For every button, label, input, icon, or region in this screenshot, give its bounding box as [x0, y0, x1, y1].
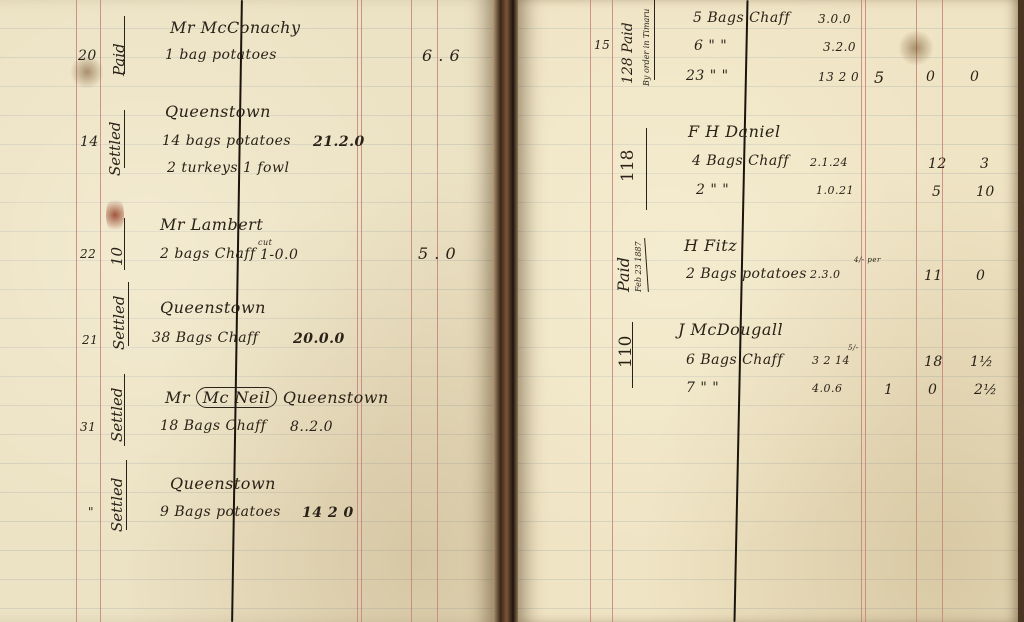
red-column-rule	[437, 0, 438, 622]
customer-name: Queenstown	[160, 298, 266, 317]
line-amount: 5 . 0	[418, 244, 456, 263]
line-amount: 6 . 6	[422, 46, 460, 65]
entry-day: 14	[80, 134, 99, 150]
amount-shillings: 18	[924, 354, 943, 370]
line-weight: 3.0.0	[818, 12, 851, 26]
line-item: 23 " "	[686, 68, 729, 84]
line-weight: 4.0.6	[812, 382, 843, 395]
entry-status: 118	[618, 150, 638, 182]
red-column-rule	[357, 0, 362, 622]
line-item: 5 Bags Chaff	[693, 10, 790, 26]
customer-name: Queenstown	[165, 102, 271, 121]
customer-name: H Fitz	[684, 236, 737, 255]
status-underline	[128, 282, 129, 346]
customer-name: F H Daniel	[688, 122, 781, 141]
line-item: 2 turkeys 1 fowl	[167, 160, 289, 176]
stain	[898, 30, 934, 66]
entry-status: Settled	[110, 296, 128, 351]
customer-name: Mr McConachy	[170, 18, 300, 37]
red-column-rule	[411, 0, 412, 622]
line-item: 6 " "	[694, 38, 727, 54]
red-margin-rule	[76, 0, 77, 622]
entry-status: 110	[616, 336, 636, 368]
amount-shillings: 12	[928, 156, 947, 172]
line-weight: 3 2 14	[812, 354, 850, 367]
book-cover-edge	[1018, 0, 1024, 622]
status-underline	[124, 16, 125, 74]
amount-shillings: 11	[924, 268, 943, 284]
line-item: 38 Bags Chaff	[152, 330, 258, 346]
red-margin-rule	[100, 0, 101, 622]
entry-status: 128 Paid	[620, 22, 636, 84]
amount-shillings: 0	[928, 382, 937, 398]
name-place: Queenstown	[277, 388, 389, 407]
amount-pence: 3	[980, 156, 989, 172]
line-weight: 2.3.0	[810, 268, 841, 281]
line-weight: 20.0.0	[293, 331, 345, 347]
customer-name: Mr Mc Neil Queenstown	[165, 388, 389, 407]
line-weight: 8..2.0	[290, 419, 333, 435]
line-weight: 14 2 0	[302, 505, 354, 521]
status-underline	[126, 460, 127, 530]
line-weight: 2.1.24	[810, 156, 848, 169]
amount-pounds: 5	[874, 68, 885, 87]
red-column-rule	[861, 0, 866, 622]
line-item: 7 " "	[686, 380, 719, 396]
entry-status: Paid	[110, 43, 128, 76]
status-underline	[124, 374, 125, 446]
pencil-crease-line	[733, 0, 748, 622]
customer-name: Queenstown	[170, 474, 276, 493]
line-weight: 1-0.0	[260, 247, 298, 263]
entry-day: 22	[80, 247, 96, 261]
line-item: 4 Bags Chaff	[692, 153, 789, 169]
line-item: 2 Bags potatoes	[686, 266, 807, 282]
weight-note: cut	[258, 238, 272, 247]
status-underline	[632, 322, 633, 388]
entry-day: 21	[82, 333, 98, 347]
line-item: 2 " "	[696, 182, 729, 198]
line-item: 1 bag potatoes	[165, 47, 277, 63]
entry-day: "	[88, 505, 94, 519]
name-prefix: Mr	[165, 388, 196, 407]
entry-day: 31	[80, 420, 96, 434]
amount-shillings: 0	[926, 69, 935, 85]
line-weight: 21.2.0	[313, 134, 365, 150]
weight-note: 5/-	[848, 344, 859, 352]
left-ledger-page: 20 Paid Mr McConachy 1 bag potatoes 6 . …	[0, 0, 493, 622]
red-margin-rule	[590, 0, 591, 622]
amount-pence: 10	[976, 184, 995, 200]
line-item: 18 Bags Chaff	[160, 418, 266, 434]
entry-status: Settled	[108, 478, 126, 533]
status-underline	[644, 238, 649, 292]
customer-name: J McDougall	[678, 320, 783, 339]
weight-note: 4/- per	[854, 256, 881, 264]
entry-status: Settled	[106, 122, 124, 177]
line-weight: 1.0.21	[816, 184, 854, 197]
book-spine	[493, 0, 518, 622]
entry-day: 20	[78, 48, 97, 64]
customer-name: Mr Lambert	[160, 215, 263, 234]
status-underline	[124, 110, 125, 168]
amount-shillings: 5	[932, 184, 941, 200]
line-item: 2 bags Chaff	[160, 246, 256, 262]
status-underline	[124, 218, 125, 270]
line-item: 6 Bags Chaff	[686, 352, 783, 368]
line-weight: 13 2 0	[818, 70, 859, 84]
amount-pounds: 1	[884, 382, 893, 398]
line-item: 9 Bags potatoes	[160, 504, 281, 520]
amount-pence: 0	[970, 69, 979, 85]
line-item: 14 bags potatoes	[162, 133, 291, 149]
red-margin-rule	[612, 0, 613, 622]
entry-status: Paid	[614, 257, 633, 292]
status-underline	[654, 0, 655, 80]
circled-name: Mc Neil	[196, 387, 278, 408]
red-ink-stain	[106, 195, 124, 235]
right-ledger-page: 15 128 Paid By order in Timaru 5 Bags Ch…	[518, 0, 1018, 622]
amount-pence: 1½	[970, 354, 993, 370]
entry-status-note: Feb 23 1887	[634, 241, 643, 292]
entry-status-note: By order in Timaru	[642, 9, 651, 86]
red-column-rule	[916, 0, 917, 622]
entry-day: 15	[594, 38, 610, 52]
amount-pence: 2½	[974, 382, 997, 398]
status-underline	[646, 128, 647, 210]
red-column-rule	[942, 0, 943, 622]
line-weight: 3.2.0	[823, 40, 856, 54]
amount-pence: 0	[976, 268, 985, 284]
